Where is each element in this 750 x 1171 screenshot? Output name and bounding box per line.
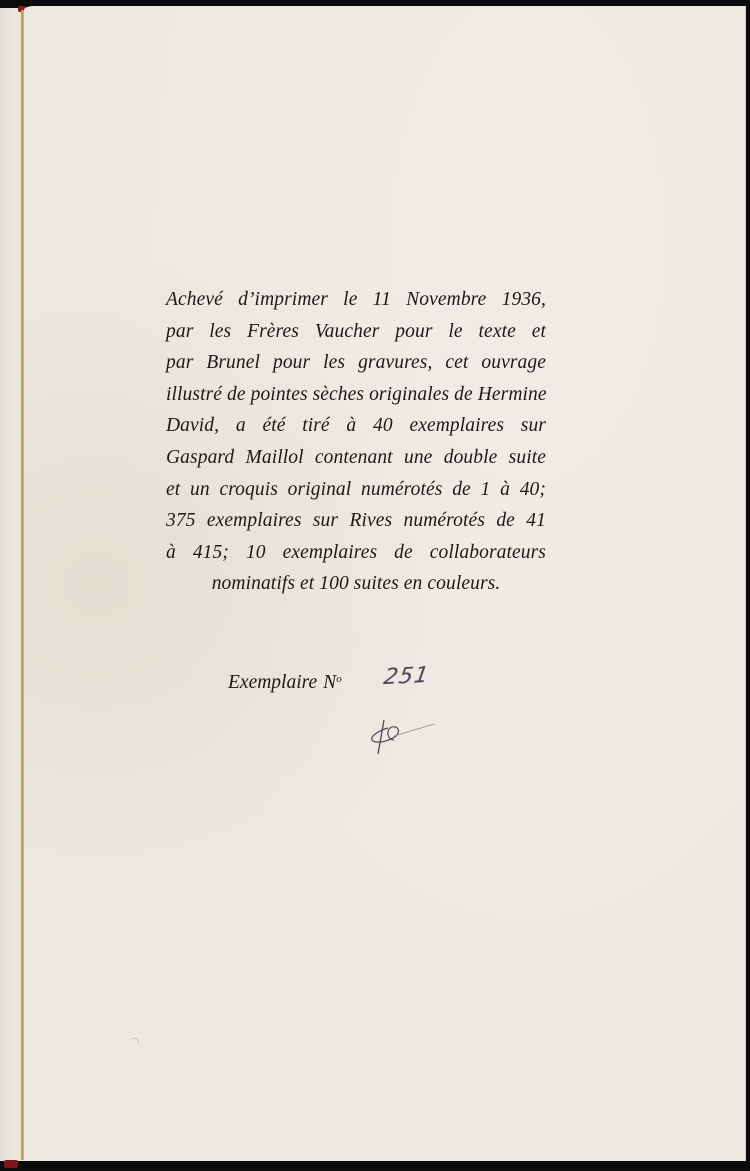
paper-smudge (130, 1036, 142, 1048)
colophon-line: à 415; 10 exemplaires de collaborateurs (166, 537, 546, 569)
colophon-line: 375 exemplaires sur Rives numérotés de 4… (166, 505, 546, 537)
numero-letter: N (323, 672, 336, 693)
colophon-line: David, a été tiré à 40 exemplaires sur (166, 410, 546, 442)
colophon-line: par Brunel pour les gravures, cet ouvrag… (166, 347, 546, 379)
colophon-line: Gaspard Maillol contenant une double sui… (166, 442, 546, 474)
handwritten-initial-mark (366, 716, 436, 756)
colophon-text: Achevé d’imprimer le 11 Novembre 1936, p… (166, 284, 546, 600)
colophon-line: par les Frères Vaucher pour le texte et (166, 316, 546, 348)
numero-superscript: o (336, 673, 342, 685)
colophon-line: illustré de pointes sèches originales de… (166, 379, 546, 411)
binding-ribbon-bottom (4, 1160, 18, 1168)
numero-sign: No (323, 672, 342, 694)
copy-number-row: Exemplaire No (228, 672, 342, 694)
colophon-line: et un croquis original numérotés de 1 à … (166, 474, 546, 506)
colophon-line: nominatifs et 100 suites en couleurs. (166, 568, 546, 600)
copy-number-label: Exemplaire (228, 672, 317, 694)
colophon-line: Achevé d’imprimer le 11 Novembre 1936, (166, 284, 546, 316)
handwritten-copy-number: 251 (382, 663, 431, 690)
spine-gutter (21, 10, 24, 1160)
